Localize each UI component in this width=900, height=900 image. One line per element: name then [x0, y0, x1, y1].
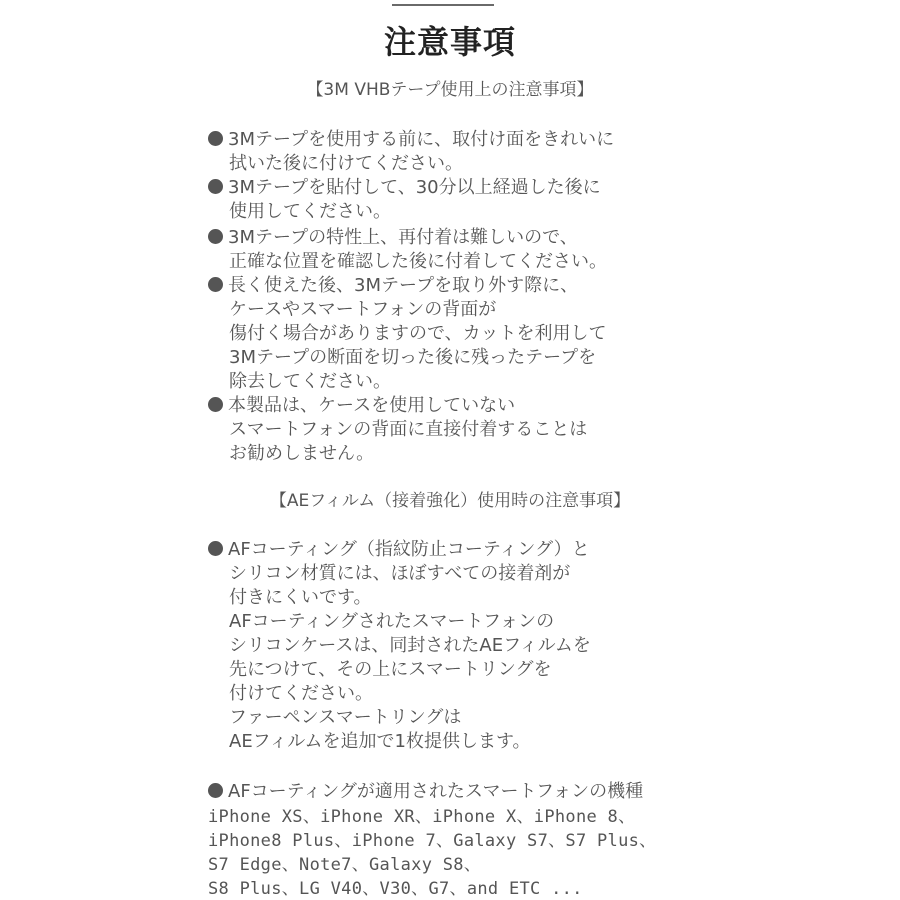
bullet-icon — [208, 131, 223, 146]
page-title: 注意事項 — [0, 20, 900, 64]
bullet-icon — [208, 541, 223, 556]
list-item-continuation: 正確な位置を確認した後に付着してください。 — [229, 250, 607, 274]
list-item-continuation: 拭いた後に付けてください。 — [229, 152, 463, 176]
list-item: 3Mテープを使用する前に、取付け面をきれいに — [208, 128, 614, 152]
model-list-line: iPhone XS、iPhone XR、iPhone X、iPhone 8、 — [208, 805, 635, 829]
list-item: 3Mテープを貼付して、30分以上経過した後に — [208, 176, 601, 200]
list-item-continuation: 先につけて、その上にスマートリングを — [229, 658, 552, 682]
model-list-line: S8 Plus、LG V40、V30、G7、and ETC ... — [208, 877, 583, 900]
list-item-continuation: 付きにくいです。 — [229, 586, 372, 610]
list-item-continuation: 使用してください。 — [229, 200, 391, 224]
list-item-continuation: ケースやスマートフォンの背面が — [229, 298, 496, 322]
bullet-icon — [208, 277, 223, 292]
list-item: AFコーティング（指紋防止コーティング）と — [208, 538, 590, 562]
list-item: 3Mテープの特性上、再付着は難しいので、 — [208, 226, 578, 250]
list-item-continuation: お勧めしません。 — [229, 442, 374, 466]
list-item-continuation: AEフィルムを追加で1枚提供します。 — [229, 730, 531, 754]
list-item-continuation: 除去してください。 — [229, 370, 391, 394]
bullet-icon — [208, 229, 223, 244]
list-item: 長く使えた後、3Mテープを取り外す際に、 — [208, 274, 578, 298]
list-item-continuation: シリコン材質には、ほぼすべての接着剤が — [229, 562, 570, 586]
list-item: 本製品は、ケースを使用していない — [208, 394, 515, 418]
list-item-continuation: AFコーティングされたスマートフォンの — [229, 610, 554, 634]
bullet-icon — [208, 783, 223, 798]
model-list-line: S7 Edge、Note7、Galaxy S8、 — [208, 853, 481, 877]
list-item-continuation: 3Mテープの断面を切った後に残ったテープを — [229, 346, 596, 370]
bullet-icon — [208, 179, 223, 194]
list-item-continuation: ファーペンスマートリングは — [229, 706, 461, 730]
list-item-continuation: シリコンケースは、同封されたAEフィルムを — [229, 634, 591, 658]
section-heading-3m-tape: 【3M VHBテープ使用上の注意事項】 — [0, 78, 900, 102]
list-item-continuation: 傷付く場合がありますので、カットを利用して — [229, 322, 606, 346]
top-divider — [392, 4, 494, 6]
model-list-line: iPhone8 Plus、iPhone 7、Galaxy S7、S7 Plus、 — [208, 829, 656, 853]
bullet-icon — [208, 397, 223, 412]
list-item-continuation: 付けてください。 — [229, 682, 373, 706]
section-heading-ae-film: 【AEフィルム（接着強化）使用時の注意事項】 — [0, 489, 900, 513]
list-item-continuation: スマートフォンの背面に直接付着することは — [229, 418, 587, 442]
list-item: AFコーティングが適用されたスマートフォンの機種 — [208, 780, 643, 804]
